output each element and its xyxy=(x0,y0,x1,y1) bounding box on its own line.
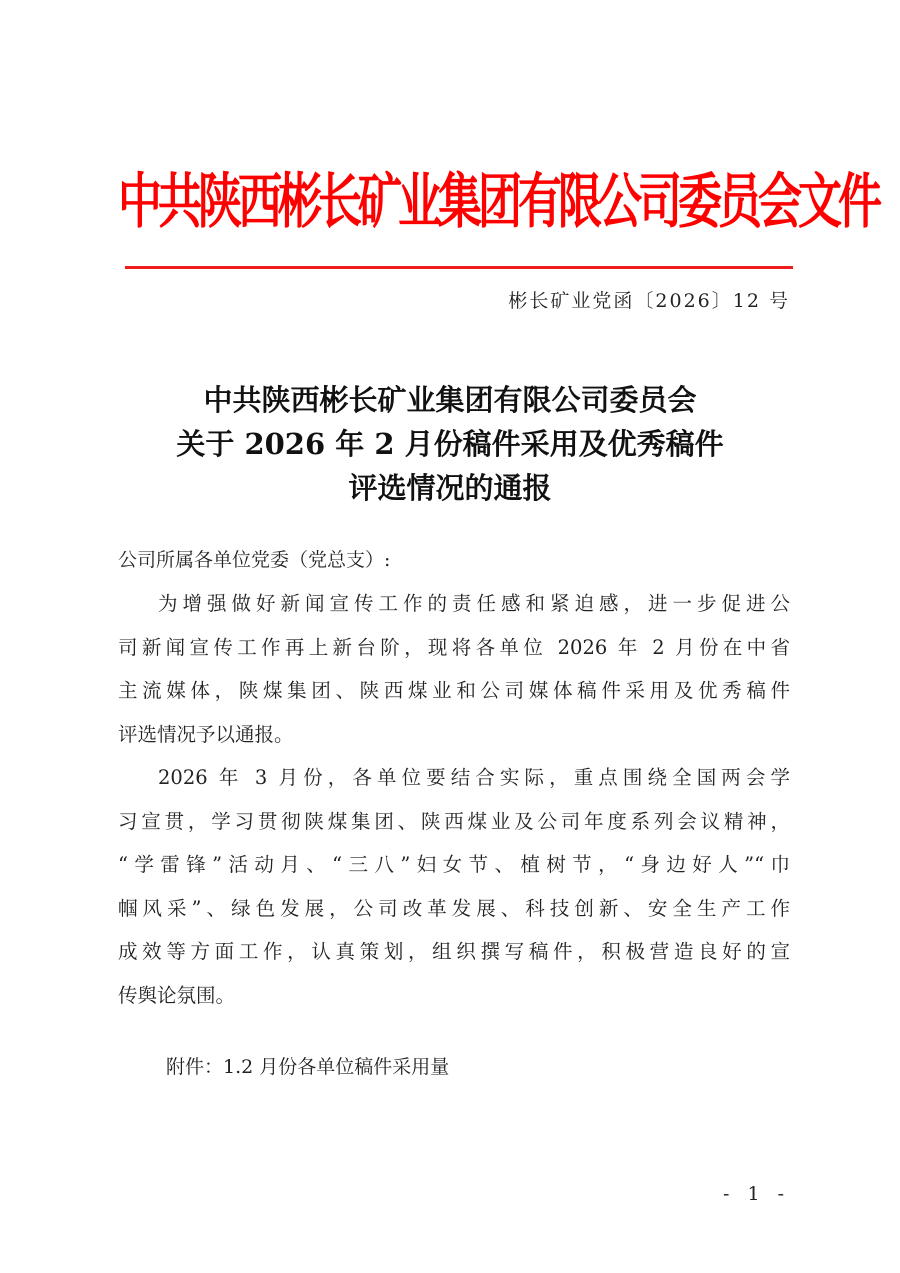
letterhead-char: 员 xyxy=(718,149,758,257)
document-number: 彬长矿业党函〔2026〕12 号 xyxy=(508,286,790,313)
paragraph-line: 成效等方面工作，认真策划，组织撰写稿件，积极营造良好的宣 xyxy=(118,930,790,974)
paragraph-line: “学雷锋”活动月、“三八”妇女节、植树节，“身边好人”“巾 xyxy=(118,843,790,887)
letterhead-char: 业 xyxy=(398,149,438,257)
paragraph-1: 为增强做好新闻宣传工作的责任感和紧迫感，进一步促进公 司新闻宣传工作再上新台阶，… xyxy=(118,582,790,756)
paragraph-line: 主流媒体，陕煤集团、陕西煤业和公司媒体稿件采用及优秀稿件 xyxy=(118,669,790,713)
paragraph-line: 评选情况予以通报。 xyxy=(118,713,790,757)
letterhead-char: 集 xyxy=(438,149,478,257)
paragraph-line: 传舆论氛围。 xyxy=(118,974,790,1018)
document-page: 中 共 陕 西 彬 长 矿 业 集 团 有 限 公 司 委 员 会 文 件 彬长… xyxy=(0,0,900,1273)
letterhead-char: 西 xyxy=(238,149,278,257)
page-number: - 1 - xyxy=(723,1183,790,1205)
letterhead-char: 团 xyxy=(478,149,518,257)
letterhead-char: 共 xyxy=(158,149,198,257)
salutation: 公司所属各单位党委（党总支）: xyxy=(118,545,390,575)
letterhead-char: 中 xyxy=(118,149,158,257)
letterhead-char: 陕 xyxy=(198,149,238,257)
paragraph-2: 2026 年 3 月份，各单位要结合实际，重点围绕全国两会学 习宣贯，学习贯彻陕… xyxy=(118,756,790,1017)
paragraph-line: 习宣贯，学习贯彻陕煤集团、陕西煤业及公司年度系列会议精神， xyxy=(118,800,790,844)
letterhead-char: 司 xyxy=(638,149,678,257)
letterhead-char: 委 xyxy=(678,149,718,257)
paragraph-line: 司新闻宣传工作再上新台阶，现将各单位 2026 年 2 月份在中省 xyxy=(118,626,790,670)
red-letterhead: 中 共 陕 西 彬 长 矿 业 集 团 有 限 公 司 委 员 会 文 件 xyxy=(118,149,798,257)
letterhead-char: 长 xyxy=(318,149,358,257)
attachment-note: 附件：1.2 月份各单位稿件采用量 xyxy=(166,1052,449,1079)
title-line: 中共陕西彬长矿业集团有限公司委员会 xyxy=(0,378,900,422)
letterhead-char: 件 xyxy=(838,149,878,257)
red-divider-line xyxy=(125,266,793,269)
letterhead-char: 限 xyxy=(558,149,598,257)
document-title: 中共陕西彬长矿业集团有限公司委员会 关于 2026 年 2 月份稿件采用及优秀稿… xyxy=(0,378,900,510)
title-line: 评选情况的通报 xyxy=(0,466,900,510)
title-line: 关于 2026 年 2 月份稿件采用及优秀稿件 xyxy=(0,422,900,466)
paragraph-line: 帼风采”、绿色发展，公司改革发展、科技创新、安全生产工作 xyxy=(118,887,790,931)
letterhead-char: 有 xyxy=(518,149,558,257)
letterhead-char: 矿 xyxy=(358,149,398,257)
paragraph-line: 为增强做好新闻宣传工作的责任感和紧迫感，进一步促进公 xyxy=(118,582,790,626)
letterhead-char: 彬 xyxy=(278,149,318,257)
letterhead-char: 会 xyxy=(758,149,798,257)
paragraph-line: 2026 年 3 月份，各单位要结合实际，重点围绕全国两会学 xyxy=(118,756,790,800)
letterhead-char: 公 xyxy=(598,149,638,257)
letterhead-char: 文 xyxy=(798,149,838,257)
